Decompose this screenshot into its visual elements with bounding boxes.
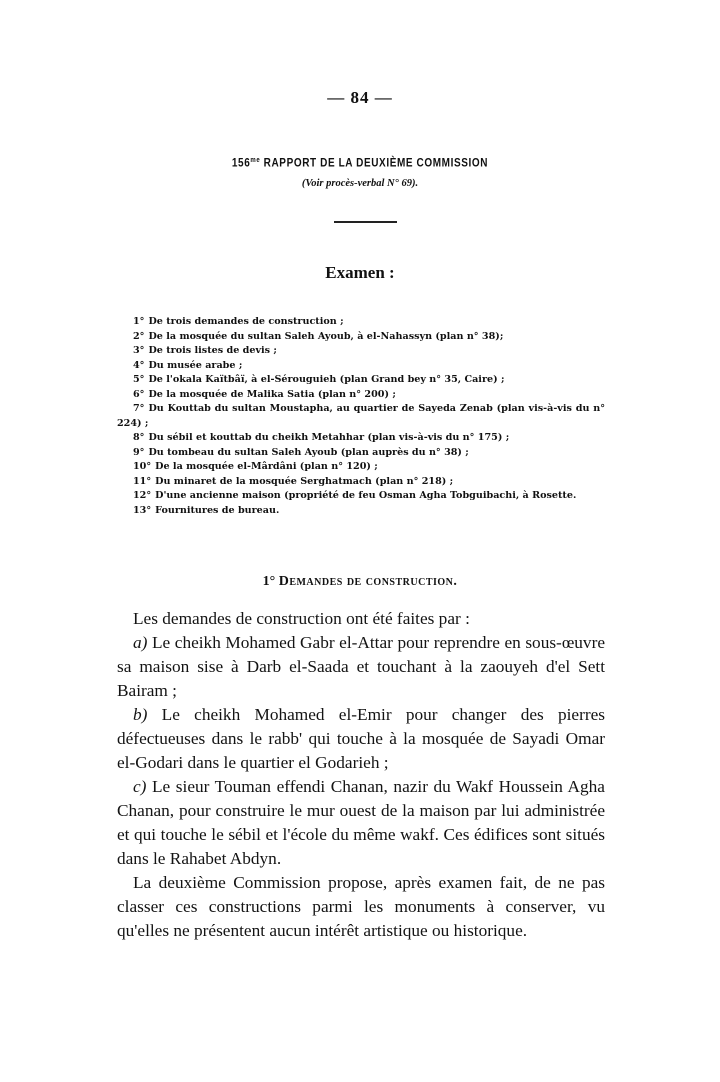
subsection-number: 1°: [263, 574, 276, 589]
agenda-item: 12°D'une ancienne maison (propriété de f…: [117, 489, 605, 504]
agenda-item: 6°De la mosquée de Malika Satia (plan n°…: [117, 388, 605, 403]
report-heading-text: RAPPORT DE LA DEUXIÈME COMMISSION: [264, 157, 488, 170]
intro-paragraph: Les demandes de construction ont été fai…: [117, 607, 605, 631]
agenda-item: 4°Du musée arabe ;: [117, 359, 605, 374]
agenda-list: 1°De trois demandes de construction ; 2°…: [117, 315, 605, 518]
report-subtitle: (Voir procès-verbal N° 69).: [0, 178, 720, 189]
request-label: a): [133, 633, 147, 652]
agenda-item: 10°De la mosquée el-Mârdâni (plan n° 120…: [117, 460, 605, 475]
report-heading: 156me RAPPORT DE LA DEUXIÈME COMMISSION: [0, 157, 720, 170]
agenda-item: 3°De trois listes de devis ;: [117, 344, 605, 359]
subsection-title: 1° Demandes de construction.: [0, 574, 720, 590]
page-number: — 84 —: [0, 88, 720, 108]
agenda-item: 8°Du sébil et kouttab du cheikh Metahhar…: [117, 431, 605, 446]
separator-rule: [334, 221, 397, 223]
agenda-item: 11°Du minaret de la mosquée Serghatmach …: [117, 475, 605, 490]
report-ordinal: 156: [232, 157, 251, 170]
section-body: Les demandes de construction ont été fai…: [117, 607, 605, 943]
agenda-item: 7°Du Kouttab du sultan Moustapha, au qua…: [117, 402, 605, 431]
subsection-title-text: Demandes de construction.: [279, 574, 458, 589]
examen-title: Examen :: [0, 263, 720, 283]
request-paragraph: b) Le cheikh Mohamed el-Emir pour change…: [117, 703, 605, 775]
request-paragraph: c) Le sieur Touman effendi Chanan, nazir…: [117, 775, 605, 871]
document-page: — 84 — 156me RAPPORT DE LA DEUXIÈME COMM…: [0, 0, 720, 1082]
conclusion-paragraph: La deuxième Commission propose, après ex…: [117, 871, 605, 943]
report-ordinal-suffix: me: [250, 157, 260, 164]
request-paragraph: a) Le cheikh Mohamed Gabr el-Attar pour …: [117, 631, 605, 703]
request-label: b): [133, 705, 147, 724]
agenda-item: 1°De trois demandes de construction ;: [117, 315, 605, 330]
agenda-item: 5°De l'okala Kaïtbâï, à el-Sérouguieh (p…: [117, 373, 605, 388]
agenda-item: 13°Fournitures de bureau.: [117, 504, 605, 519]
request-label: c): [133, 777, 146, 796]
agenda-item: 9°Du tombeau du sultan Saleh Ayoub (plan…: [117, 446, 605, 461]
agenda-item: 2°De la mosquée du sultan Saleh Ayoub, à…: [117, 330, 605, 345]
